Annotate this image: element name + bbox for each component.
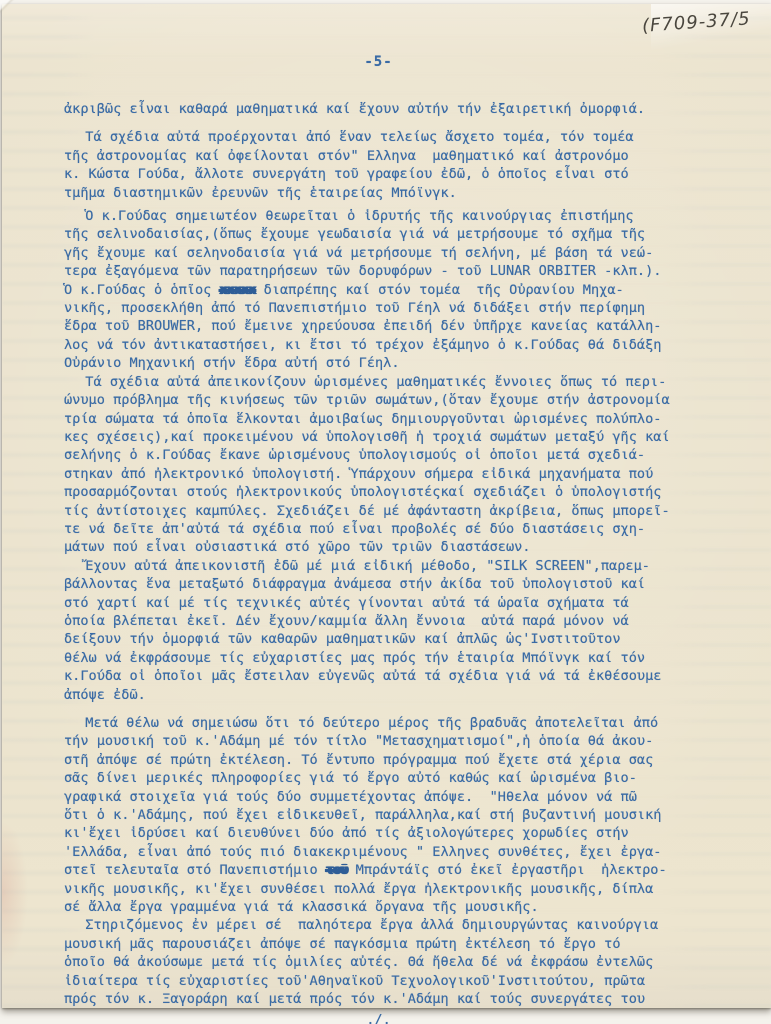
- text-line: τήν μουσική τοῦ κ.'Αδάμη μέ τόν τίτλο "Μ…: [64, 732, 733, 750]
- text-line: δείξουν τήν ὁμορφιά τῶν καθαρῶν μαθηματι…: [64, 630, 733, 648]
- text-line: στῆ ἀπόψε σέ πρώτη ἐκτέλεση. Τό ἔντυπο π…: [64, 751, 733, 769]
- text-line: σέ ἄλλα ἔργα γραμμένα γιά τά κλασσικά ὄρ…: [64, 898, 733, 916]
- text-line: τῆς ἀστρονομίας καί ὀφείλονται στόν" Ελλ…: [64, 147, 733, 165]
- text-line: Τά σχέδια αὐτά ἀπεικονίζουν ὡρισμένες μα…: [64, 373, 733, 391]
- text-line: λος νά τόν ἀντικαταστήσει, κι ἔτσι τό τρ…: [64, 336, 733, 354]
- text-line: τε νά δεῖτε ἀπ'αὐτά τά σχέδια πού εἶναι …: [64, 520, 733, 538]
- text-line: ὅτι ὁ κ.'Αδάμης, πού ἔχει εἰδικευθεῖ, πα…: [64, 806, 733, 824]
- text-line: Στηριζόμενος ἐν μέρει σέ παληότερα ἔργα …: [64, 916, 733, 934]
- text-line: προσαρμόζονται στούς ἠλεκτρονικούς ὑπολο…: [64, 483, 733, 501]
- photographed-typescript-page: { "colors": { "ink": "#3a6ba5", "paper":…: [0, 0, 771, 1024]
- paper-sheet: (F709-37/5 -5- ἀκριβῶς εἶναι καθαρά μαθη…: [2, 4, 771, 1008]
- text-line: Μετά θέλω νά σημειώσω ὅτι τό δεύτερο μέρ…: [64, 714, 733, 732]
- text-line: ἀκριβῶς εἶναι καθαρά μαθηματικά καί ἔχου…: [64, 100, 733, 118]
- struck-out-word: xxxxx: [220, 282, 256, 298]
- text-line: τρία σώματα τά ὁποῖα ἕλκονται ἀμοιβαίως …: [64, 410, 733, 428]
- continuation-mark: ./.: [64, 1012, 693, 1024]
- text-line: κες σχέσεις),καί προκειμένου νά ὑπολογισ…: [64, 428, 733, 446]
- text-line: νικῆς μουσικῆς, κι'ἔχει συνθέσει πολλά ἔ…: [64, 880, 733, 898]
- paper-stain: [2, 818, 28, 968]
- text-line: στεῖ τελευταῖα στό Πανεπιστήμιο τοῦ Μπρά…: [64, 861, 733, 879]
- text-line: τίς ἀντίστοιχες καμπύλες. Σχεδιάζει δέ μ…: [64, 502, 733, 520]
- text-line: πρός τόν κ. Ξαγοράρη καί μετά πρός τόν κ…: [64, 990, 733, 1008]
- text-line: σᾶς δίνει μερικές πληροφορίες γιά τό ἔργ…: [64, 769, 733, 787]
- text-line: Τά σχέδια αὐτά προέρχονται ἀπό ἕναν τελε…: [64, 128, 733, 146]
- paragraph: Τά σχέδια αὐτά ἀπεικονίζουν ὡρισμένες μα…: [64, 373, 733, 557]
- text-line: Ὁ κ.Γούδας σημειωτέον θεωρεῖται ὁ ἱδρυτή…: [64, 207, 733, 225]
- text-line: στό χαρτί καί μέ τίς τεχνικές αὐτές γίνο…: [64, 594, 733, 612]
- text-line: ὁποία βλέπεται ἐκεῖ. Δέν ἔχουν/καμμία ἄλ…: [64, 612, 733, 630]
- text-line: τερα ἐξαγόμενα τῶν παρατηρήσεων τῶν δορυ…: [64, 262, 733, 280]
- paragraph: ἀκριβῶς εἶναι καθαρά μαθηματικά καί ἔχου…: [64, 100, 733, 118]
- text-line: Οὐράνιο Μηχανική στήν ἕδρα αὐτή στό Γέηλ…: [64, 354, 733, 372]
- page-content: -5- ἀκριβῶς εἶναι καθαρά μαθηματικά καί …: [64, 38, 733, 1024]
- text-line: κι'ἔχει ἱδρύσει καί διευθύνει δύο ἀπό τί…: [64, 824, 733, 842]
- paragraph: Στηριζόμενος ἐν μέρει σέ παληότερα ἔργα …: [64, 916, 733, 1008]
- text-line: 'Ελλάδα, εἶναι ἀπό τούς πιό διακεκριμένο…: [64, 843, 733, 861]
- paragraph: Ἔχουν αὐτά ἀπεικονιστῆ ἐδῶ μέ μιά εἰδική…: [64, 557, 733, 704]
- handwritten-archive-annotation: (F709-37/5: [642, 8, 752, 37]
- text-line: ώνυμο πρόβλημα τῆς κινήσεως τῶν τριῶν σω…: [64, 391, 733, 409]
- text-line: νικῆς, προσεκλήθη ἀπό τό Πανεπιστήμιο το…: [64, 299, 733, 317]
- text-line: θέλω νά ἐκφράσουμε τίς εὐχαριστίες μας π…: [64, 649, 733, 667]
- text-line: μουσική μᾶς παρουσιάζει ἀπόψε σέ παγκόσμ…: [64, 935, 733, 953]
- paragraph: Τά σχέδια αὐτά προέρχονται ἀπό ἕναν τελε…: [64, 128, 733, 202]
- text-line: στηκαν ἀπό ἠλεκτρονικό ὑπολογιστή. Ὑπάρχ…: [64, 465, 733, 483]
- paragraph: Ὁ κ.Γούδας σημειωτέον θεωρεῖται ὁ ἱδρυτή…: [64, 207, 733, 373]
- paragraph: Μετά θέλω νά σημειώσω ὅτι τό δεύτερο μέρ…: [64, 714, 733, 916]
- text-line: ἕδρα τοῦ BROUWER, πού ἔμεινε χηρεύουσα ἐ…: [64, 317, 733, 335]
- text-line: μάτων πού εἶναι οὐσιαστικά στό χῶρο τῶν …: [64, 538, 733, 556]
- text-line: Ἔχουν αὐτά ἀπεικονιστῆ ἐδῶ μέ μιά εἰδική…: [64, 557, 733, 575]
- text-line: τμῆμα διαστημικῶν ἐρευνῶν τῆς ἑταιρείας …: [64, 184, 733, 202]
- text-line: γῆς ἔχουμε καί σεληνοδαισία γιά νά μετρή…: [64, 244, 733, 262]
- text-line: βάλλοντας ἕνα μεταξωτό διάφραγμα ἀνάμεσα…: [64, 575, 733, 593]
- text-line: κ. Κώστα Γούδα, ἄλλοτε συνεργάτη τοῦ γρα…: [64, 165, 733, 183]
- text-line: κ.Γούδα οἱ ὁποῖοι μᾶς ἔστειλαν εὐγενῶς α…: [64, 667, 733, 685]
- text-line: τῆς σελινοδαισίας,(ὅπως ἔχουμε γεωδαισία…: [64, 225, 733, 243]
- struck-out-word: τοῦ: [326, 862, 348, 878]
- typewritten-text-block: ἀκριβῶς εἶναι καθαρά μαθηματικά καί ἔχου…: [64, 100, 733, 1009]
- text-line: ἀπόψε ἐδῶ.: [64, 686, 733, 704]
- text-line: σελήνης ὁ κ.Γούδας ἔκανε ὡρισμένους ὑπολ…: [64, 446, 733, 464]
- page-number: -5-: [64, 54, 693, 70]
- text-line: Ὁ κ.Γούδας ὁ ὁπῖος xxxxx διαπρέπης καί σ…: [64, 281, 733, 299]
- text-line: ἰδιαίτερα τίς εὐχαριστίες τοῦ'Αθηναϊκοῦ …: [64, 972, 733, 990]
- text-line: ὁποῖο θά ἀκούσωμε μετά τίς ὁμιλίες αὐτές…: [64, 953, 733, 971]
- text-line: γραφικά στοιχεῖα γιά τούς δύο συμμετέχον…: [64, 788, 733, 806]
